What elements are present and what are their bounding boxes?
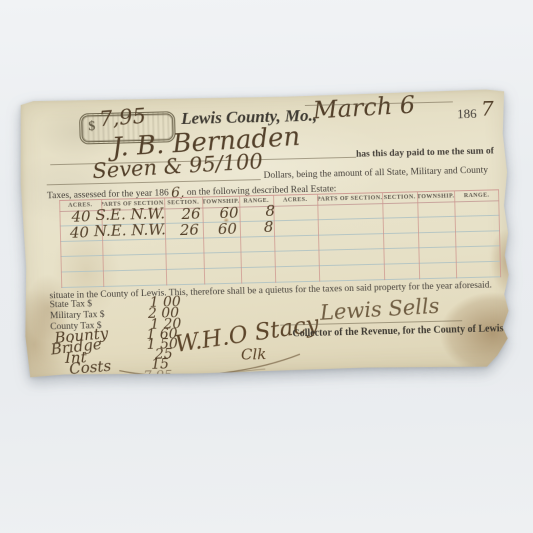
table-row: 60 [218,222,237,237]
amount-figures-handwritten: 7,95 [98,106,146,131]
table-row: 26 [180,223,199,238]
signature-flourish [115,344,326,381]
table-row: 8 [265,204,275,219]
dollars-clause: Dollars, being the amount of all State, … [263,167,488,182]
collector-signature: Lewis Sells [319,296,440,324]
year-digit-handwritten: 7 [481,98,494,118]
paid-clause: has this day paid to me the sum of [356,147,494,160]
year-printed: 186 [457,107,477,120]
table-row: N.E. N.W. [94,222,166,239]
table-row: 8 [264,220,274,235]
table-row: 40 [70,225,89,240]
tax-receipt-document: $ 7,95 Lewis County, Mo., March 6 186 7 … [19,89,513,378]
paper-sheet: $ 7,95 Lewis County, Mo., March 6 186 7 … [19,89,513,378]
tax-line-label: State Tax $ [50,300,93,311]
real-estate-table: ACRES. PARTS OF SECTION. SECTION. TOWNSH… [59,189,501,288]
collector-title: Collector of the Revenue, for the County… [292,324,506,339]
dollar-sign: $ [88,120,95,134]
tax-line-label: Costs [69,359,112,377]
date-handwritten: March 6 [312,93,415,123]
